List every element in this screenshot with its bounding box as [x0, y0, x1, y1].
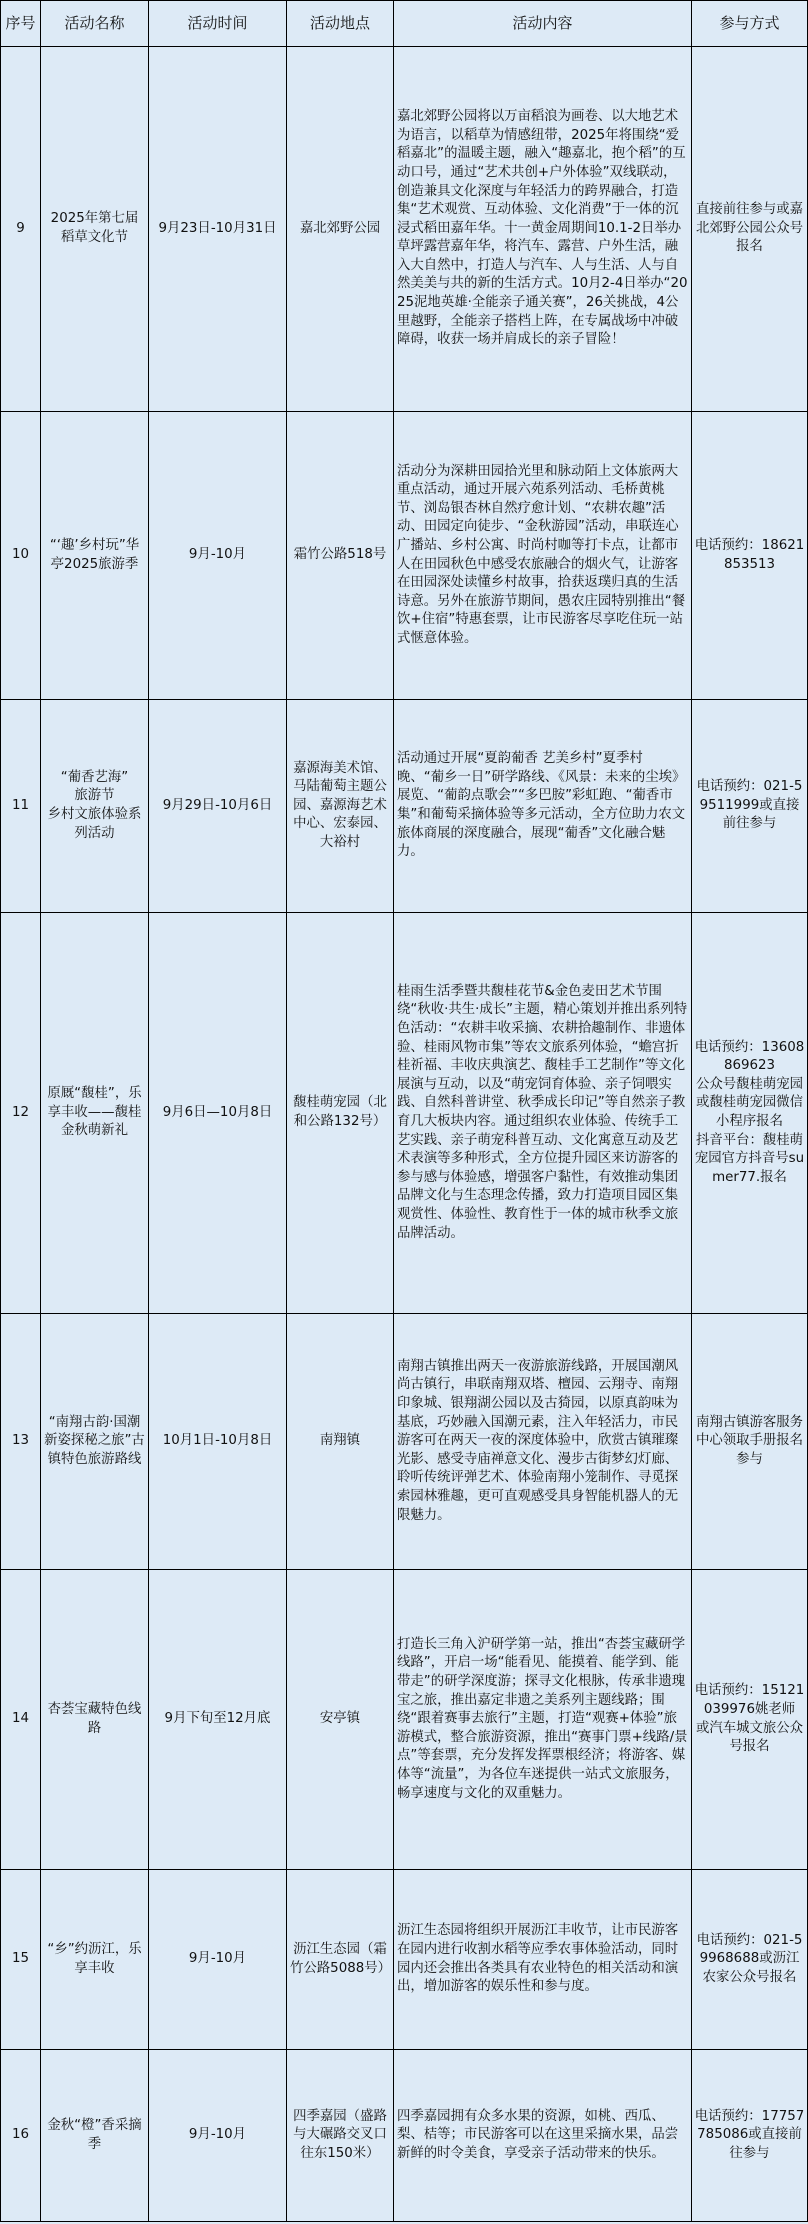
- table-row: 15 “乡”约沥江，乐享丰收 9月-10月 沥江生态园（霜竹公路5088号） 沥…: [1, 1870, 808, 2050]
- table-row: 12 原厩“馥桂”，乐享丰收——馥桂金秋萌新礼 9月6日—10月8日 馥桂萌宠园…: [1, 913, 808, 1314]
- table-header-row: 序号 活动名称 活动时间 活动地点 活动内容 参与方式: [1, 1, 808, 47]
- cell-name: 杏荟宝藏特色线路: [41, 1570, 149, 1870]
- activity-table: 序号 活动名称 活动时间 活动地点 活动内容 参与方式 9 2025年第七届稻草…: [0, 0, 808, 2222]
- cell-name: “葡香艺海” 旅游节 乡村文旅体验系列活动: [41, 700, 149, 913]
- cell-seq: 11: [1, 700, 41, 913]
- cell-participation: 直接前往参与或嘉北郊野公园公众号报名: [692, 47, 808, 412]
- cell-time: 10月1日-10月8日: [149, 1314, 287, 1570]
- header-participation: 参与方式: [692, 1, 808, 47]
- cell-time: 9月29日-10月6日: [149, 700, 287, 913]
- cell-time: 9月-10月: [149, 1870, 287, 2050]
- cell-place: 沥江生态园（霜竹公路5088号）: [287, 1870, 394, 2050]
- cell-name: 2025年第七届稻草文化节: [41, 47, 149, 412]
- cell-participation: 电话预约：18621853513: [692, 412, 808, 700]
- cell-participation: 南翔古镇游客服务中心领取手册报名参与: [692, 1314, 808, 1570]
- cell-participation: 电话预约：021-59968688或沥江农家公众号报名: [692, 1870, 808, 2050]
- cell-place: 安亭镇: [287, 1570, 394, 1870]
- cell-content: 南翔古镇推出两天一夜游旅游线路，开展国潮风尚古镇行，串联南翔双塔、檀园、云翔寺、…: [394, 1314, 692, 1570]
- cell-time: 9月-10月: [149, 412, 287, 700]
- cell-seq: 15: [1, 1870, 41, 2050]
- cell-time: 9月23日-10月31日: [149, 47, 287, 412]
- cell-participation: 电话预约：15121039976姚老师 或汽车城文旅公众号报名: [692, 1570, 808, 1870]
- cell-place: 南翔镇: [287, 1314, 394, 1570]
- cell-seq: 14: [1, 1570, 41, 1870]
- cell-place: 四季嘉园（盛路与大碾路交叉口往东150米）: [287, 2050, 394, 2222]
- cell-content: 打造长三角入沪研学第一站，推出“杏荟宝藏研学线路”，开启一场“能看见、能摸着、能…: [394, 1570, 692, 1870]
- cell-seq: 12: [1, 913, 41, 1314]
- table-row: 9 2025年第七届稻草文化节 9月23日-10月31日 嘉北郊野公园 嘉北郊野…: [1, 47, 808, 412]
- cell-content: 四季嘉园拥有众多水果的资源，如桃、西瓜、梨、桔等；市民游客可以在这里采摘水果，品…: [394, 2050, 692, 2222]
- cell-time: 9月6日—10月8日: [149, 913, 287, 1314]
- cell-time: 9月-10月: [149, 2050, 287, 2222]
- cell-name: 原厩“馥桂”，乐享丰收——馥桂金秋萌新礼: [41, 913, 149, 1314]
- table-row: 16 金秋“橙”香采摘季 9月-10月 四季嘉园（盛路与大碾路交叉口往东150米…: [1, 2050, 808, 2222]
- cell-seq: 9: [1, 47, 41, 412]
- cell-name: 金秋“橙”香采摘季: [41, 2050, 149, 2222]
- cell-seq: 16: [1, 2050, 41, 2222]
- table-row: 11 “葡香艺海” 旅游节 乡村文旅体验系列活动 9月29日-10月6日 嘉源海…: [1, 700, 808, 913]
- header-name: 活动名称: [41, 1, 149, 47]
- cell-place: 霜竹公路518号: [287, 412, 394, 700]
- header-time: 活动时间: [149, 1, 287, 47]
- cell-content: 活动分为深耕田园拾光里和脉动陌上文体旅两大重点活动，通过开展六苑系列活动、毛桥黄…: [394, 412, 692, 700]
- cell-name: “南翔古韵·国潮新姿探秘之旅”古镇特色旅游路线: [41, 1314, 149, 1570]
- cell-content: 沥江生态园将组织开展沥江丰收节，让市民游客在园内进行收割水稻等应季农事体验活动，…: [394, 1870, 692, 2050]
- cell-participation: 电话预约：13608869623 公众号馥桂萌宠园或馥桂萌宠园微信小程序报名 抖…: [692, 913, 808, 1314]
- cell-place: 嘉北郊野公园: [287, 47, 394, 412]
- cell-seq: 13: [1, 1314, 41, 1570]
- table-row: 13 “南翔古韵·国潮新姿探秘之旅”古镇特色旅游路线 10月1日-10月8日 南…: [1, 1314, 808, 1570]
- table-row: 14 杏荟宝藏特色线路 9月下旬至12月底 安亭镇 打造长三角入沪研学第一站，推…: [1, 1570, 808, 1870]
- table-row: 10 “‘趣’乡村玩”华亭2025旅游季 9月-10月 霜竹公路518号 活动分…: [1, 412, 808, 700]
- cell-participation: 电话预约：021-59511999或直接前往参与: [692, 700, 808, 913]
- cell-content: 桂雨生活季暨共馥桂花节&金色麦田艺术节围绕“秋收·共生·成长”主题，精心策划并推…: [394, 913, 692, 1314]
- cell-content: 活动通过开展“夏韵葡香 艺美乡村”夏季村晚、“葡乡一日”研学路线、《风景：未来的…: [394, 700, 692, 913]
- cell-content: 嘉北郊野公园将以万亩稻浪为画卷、以大地艺术为语言，以稻草为情感纽带，2025年将…: [394, 47, 692, 412]
- cell-place: 馥桂萌宠园（北和公路132号）: [287, 913, 394, 1314]
- cell-seq: 10: [1, 412, 41, 700]
- header-seq: 序号: [1, 1, 41, 47]
- header-place: 活动地点: [287, 1, 394, 47]
- cell-participation: 电话预约：17757785086或直接前往参与: [692, 2050, 808, 2222]
- cell-name: “乡”约沥江，乐享丰收: [41, 1870, 149, 2050]
- cell-time: 9月下旬至12月底: [149, 1570, 287, 1870]
- cell-name: “‘趣’乡村玩”华亭2025旅游季: [41, 412, 149, 700]
- cell-place: 嘉源海美术馆、马陆葡萄主题公园、嘉源海艺术中心、宏泰园、大裕村: [287, 700, 394, 913]
- header-content: 活动内容: [394, 1, 692, 47]
